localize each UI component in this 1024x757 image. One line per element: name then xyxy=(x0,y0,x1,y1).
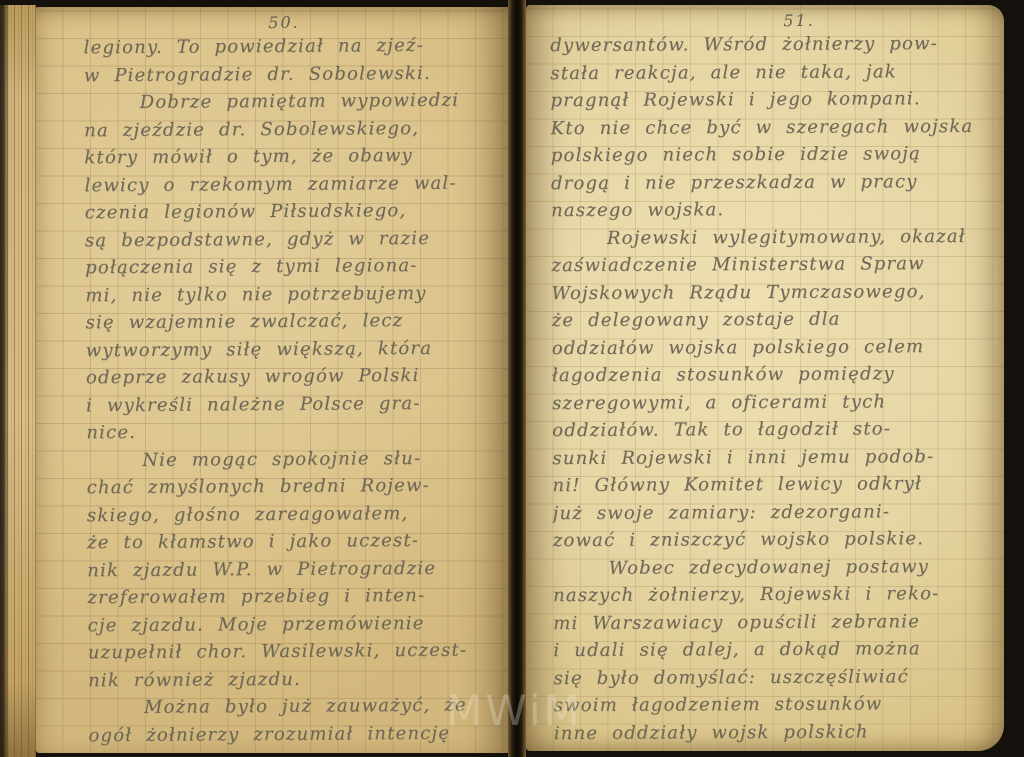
handwritten-line: który mówił o tym, że obawy xyxy=(84,141,502,171)
handwritten-line: inne oddziały wojsk polskich xyxy=(554,717,1002,747)
handwritten-line: polskiego niech sobie idzie swoją xyxy=(551,140,999,170)
handwritten-line: zować i zniszczyć wojsko polskie. xyxy=(553,525,1001,555)
handwritten-line: dywersantów. Wśród żołnierzy pow- xyxy=(550,30,998,60)
notebook-page-right: 51. dywersantów. Wśród żołnierzy pow-sta… xyxy=(526,5,1004,751)
handwritten-line: oddziałów. Tak to łagodził sto- xyxy=(552,415,1000,445)
book-gutter xyxy=(508,0,526,757)
handwritten-line: legiony. To powiedział na zjeź- xyxy=(84,31,502,61)
handwritten-line: ogół żołnierzy zrozumiał intencję xyxy=(88,719,506,749)
handwritten-line: mi, nie tylko nie potrzebujemy xyxy=(85,279,503,309)
handwritten-line: się wzajemnie zwalczać, lecz xyxy=(85,306,503,336)
handwritten-line: stała reakcja, ale nie taka, jak xyxy=(550,57,998,87)
handwritten-line: uzupełnił chor. Wasilewski, uczest- xyxy=(88,636,506,666)
handwritten-line: Dobrze pamiętam wypowiedzi xyxy=(84,86,502,116)
handwritten-line: nice. xyxy=(86,416,504,446)
handwritten-line: Kto nie chce być w szeregach wojska xyxy=(551,112,999,142)
handwritten-line: drogą i nie przeszkadza w pracy xyxy=(551,167,999,197)
handwritten-line: czenia legionów Piłsudskiego, xyxy=(85,196,503,226)
handwritten-line: że delegowany zostaje dla xyxy=(552,305,1000,335)
handwritten-line: już swoje zamiary: zdezorgani- xyxy=(553,497,1001,527)
handwritten-line: i udali się dalej, a dokąd można xyxy=(553,635,1001,665)
handwritten-line: że to kłamstwo i jako uczest- xyxy=(87,526,505,556)
handwritten-line: szeregowymi, a oficerami tych xyxy=(552,387,1000,417)
handwritten-line: w Pietrogradzie dr. Sobolewski. xyxy=(84,59,502,89)
handwritten-line: połączenia się z tymi legiona- xyxy=(85,251,503,281)
handwritten-line: Wojskowych Rządu Tymczasowego, xyxy=(551,277,999,307)
handwritten-line: Wobec zdecydowanej postawy xyxy=(553,552,1001,582)
handwritten-line: naszego wojska. xyxy=(551,195,999,225)
handwritten-line: nik zjazdu W.P. w Pietrogradzie xyxy=(87,554,505,584)
handwriting-left: legiony. To powiedział na zjeź-w Pietrog… xyxy=(36,29,508,749)
notebook-scan: 50. legiony. To powiedział na zjeź-w Pie… xyxy=(0,0,1024,757)
notebook-page-left: 50. legiony. To powiedział na zjeź-w Pie… xyxy=(36,7,508,753)
handwritten-line: cje zjazdu. Moje przemówienie xyxy=(88,609,506,639)
handwritten-line: na zjeździe dr. Sobolewskiego, xyxy=(84,114,502,144)
handwritten-line: skiego, głośno zareagowałem, xyxy=(87,499,505,529)
handwritten-line: się było domyślać: uszczęśliwiać xyxy=(553,662,1001,692)
handwritten-line: swoim łagodzeniem stosunków xyxy=(554,690,1002,720)
handwritten-line: i wykreśli należne Polsce gra- xyxy=(86,389,504,419)
handwritten-line: Można było już zauważyć, że xyxy=(88,691,506,721)
handwritten-line: nik również zjazdu. xyxy=(88,664,506,694)
stacked-page-edges xyxy=(0,5,36,757)
handwritten-line: mi Warszawiacy opuścili zebranie xyxy=(553,607,1001,637)
handwritten-line: Rojewski wylegitymowany, okazał xyxy=(551,222,999,252)
handwritten-line: ni! Główny Komitet lewicy odkrył xyxy=(552,470,1000,500)
handwritten-line: Nie mogąc spokojnie słu- xyxy=(86,444,504,474)
handwritten-line: zaświadczenie Ministerstwa Spraw xyxy=(551,250,999,280)
handwritten-line: chać zmyślonych bredni Rojew- xyxy=(87,471,505,501)
handwritten-line: wytworzymy siłę większą, która xyxy=(86,334,504,364)
handwritten-line: są bezpodstawne, gdyż w razie xyxy=(85,224,503,254)
handwritten-line: oddziałów wojska polskiego celem xyxy=(552,332,1000,362)
handwritten-line: sunki Rojewski i inni jemu podob- xyxy=(552,442,1000,472)
handwritten-line: odeprze zakusy wrogów Polski xyxy=(86,361,504,391)
handwriting-right: dywersantów. Wśród żołnierzy pow-stała r… xyxy=(526,28,1004,747)
handwritten-line: pragnął Rojewski i jego kompani. xyxy=(550,85,998,115)
handwritten-line: łagodzenia stosunków pomiędzy xyxy=(552,360,1000,390)
handwritten-line: lewicy o rzekomym zamiarze wal- xyxy=(84,169,502,199)
handwritten-line: zreferowałem przebieg i inten- xyxy=(87,581,505,611)
handwritten-line: naszych żołnierzy, Rojewski i reko- xyxy=(553,580,1001,610)
